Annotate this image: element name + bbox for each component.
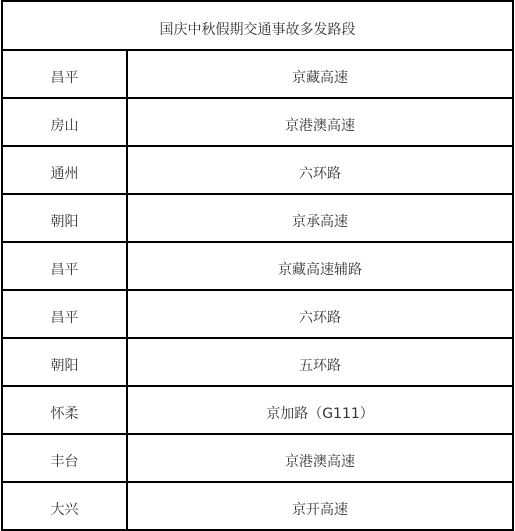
district-cell: 朝阳 [2, 338, 127, 386]
district-cell: 房山 [2, 98, 127, 146]
road-text: 京藏高速 [292, 70, 348, 86]
accident-roads-table: 国庆中秋假期交通事故多发路段 昌平 京藏高速 房山 京港澳高速 通州 六环路 朝… [1, 0, 514, 531]
table-row: 朝阳 京承高速 [2, 194, 513, 242]
table-row: 朝阳 五环路 [2, 338, 513, 386]
road-text: 京加路（G111） [266, 406, 374, 422]
district-text: 怀柔 [51, 406, 79, 422]
district-cell: 丰台 [2, 434, 127, 482]
district-text: 朝阳 [51, 214, 79, 230]
road-cell: 京藏高速 [127, 50, 513, 98]
district-text: 丰台 [51, 454, 79, 470]
road-cell: 京开高速 [127, 482, 513, 530]
road-text: 六环路 [299, 166, 341, 182]
district-text: 通州 [51, 166, 79, 182]
road-cell: 六环路 [127, 146, 513, 194]
district-cell: 通州 [2, 146, 127, 194]
road-text: 京承高速 [292, 214, 348, 230]
table-row: 怀柔 京加路（G111） [2, 386, 513, 434]
district-cell: 大兴 [2, 482, 127, 530]
road-cell: 京藏高速辅路 [127, 242, 513, 290]
road-cell: 京加路（G111） [127, 386, 513, 434]
road-text: 京港澳高速 [285, 118, 355, 134]
road-text: 京开高速 [292, 502, 348, 518]
district-cell: 昌平 [2, 290, 127, 338]
district-cell: 怀柔 [2, 386, 127, 434]
district-cell: 昌平 [2, 50, 127, 98]
table-row: 昌平 京藏高速辅路 [2, 242, 513, 290]
road-cell: 六环路 [127, 290, 513, 338]
table-row: 房山 京港澳高速 [2, 98, 513, 146]
table-row: 昌平 六环路 [2, 290, 513, 338]
road-cell: 京港澳高速 [127, 98, 513, 146]
table-row: 通州 六环路 [2, 146, 513, 194]
table-title-text: 国庆中秋假期交通事故多发路段 [160, 22, 356, 38]
district-cell: 朝阳 [2, 194, 127, 242]
road-text: 五环路 [299, 358, 341, 374]
road-cell: 五环路 [127, 338, 513, 386]
road-cell: 京承高速 [127, 194, 513, 242]
road-text: 京藏高速辅路 [278, 262, 362, 278]
road-cell: 京港澳高速 [127, 434, 513, 482]
district-text: 昌平 [51, 310, 79, 326]
district-text: 昌平 [51, 262, 79, 278]
table-row: 丰台 京港澳高速 [2, 434, 513, 482]
district-text: 房山 [51, 118, 79, 134]
district-text: 大兴 [51, 502, 79, 518]
district-text: 昌平 [51, 70, 79, 86]
road-text: 六环路 [299, 310, 341, 326]
district-text: 朝阳 [51, 358, 79, 374]
district-cell: 昌平 [2, 242, 127, 290]
table-row: 大兴 京开高速 [2, 482, 513, 530]
table-title-row: 国庆中秋假期交通事故多发路段 [2, 1, 513, 50]
table-row: 昌平 京藏高速 [2, 50, 513, 98]
road-text: 京港澳高速 [285, 454, 355, 470]
table-title: 国庆中秋假期交通事故多发路段 [2, 1, 513, 50]
